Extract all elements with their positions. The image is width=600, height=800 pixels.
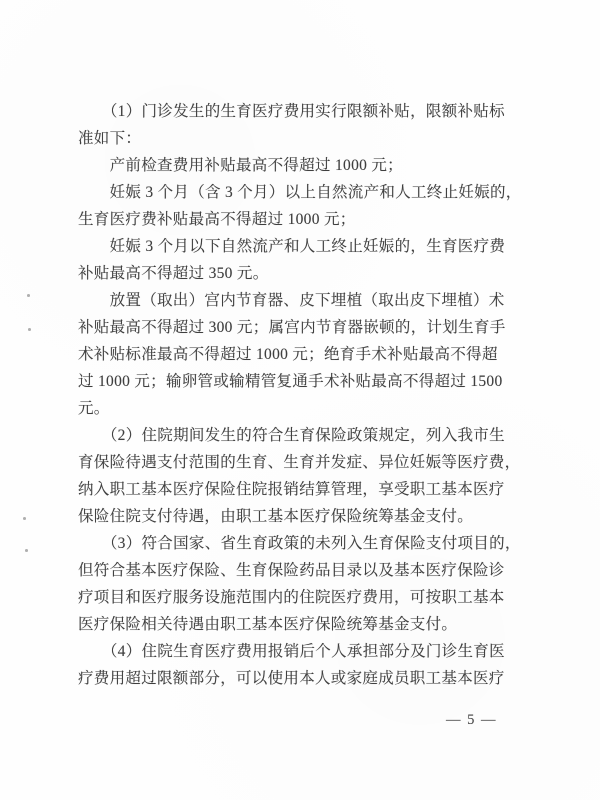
scan-speck [27,294,30,297]
text-line: 放置（取出）宫内节育器、皮下埋植（取出皮下埋植）术 [78,287,528,314]
text-line: （2）住院期间发生的符合生育保险政策规定，列入我市生 [78,422,528,449]
text-line: （4）住院生育医疗费用报销后个人承担部分及门诊生育医 [78,638,528,665]
text-line: 补贴最高不得超过 300 元；属宫内节育器嵌顿的，计划生育手 [78,314,528,341]
text-line: （1）门诊发生的生育医疗费用实行限额补贴，限额补贴标 [78,98,528,125]
scan-speck [25,549,28,552]
document-page: （1）门诊发生的生育医疗费用实行限额补贴，限额补贴标准如下： 产前检查费用补贴最… [0,0,600,800]
document-body: （1）门诊发生的生育医疗费用实行限额补贴，限额补贴标准如下： 产前检查费用补贴最… [78,98,528,692]
text-line: 过 1000 元；输卵管或输精管复通手术补贴最高不得超过 1500 [78,368,528,395]
text-line: 准如下： [78,125,528,152]
text-line: 疗费用超过限额部分，可以使用本人或家庭成员职工基本医疗 [78,665,528,692]
text-line: 术补贴标准最高不得超过 1000 元；绝育手术补贴最高不得超 [78,341,528,368]
text-line: 疗项目和医疗服务设施范围内的住院医疗费用，可按职工基本 [78,584,528,611]
text-line: 保险住院支付待遇，由职工基本医疗保险统筹基金支付。 [78,503,528,530]
page-number: — 5 — [446,712,497,729]
text-line: 产前检查费用补贴最高不得超过 1000 元； [78,152,528,179]
text-line: 妊娠 3 个月以下自然流产和人工终止妊娠的，生育医疗费 [78,233,528,260]
text-line: （3）符合国家、省生育政策的未列入生育保险支付项目的， [78,530,528,557]
text-line: 但符合基本医疗保险、生育保险药品目录以及基本医疗保险诊 [78,557,528,584]
scan-speck [28,328,31,331]
text-line: 妊娠 3 个月（含 3 个月）以上自然流产和人工终止妊娠的， [78,179,528,206]
text-line: 元。 [78,395,528,422]
scan-speck [23,517,26,520]
text-line: 生育医疗费补贴最高不得超过 1000 元； [78,206,528,233]
text-line: 育保险待遇支付范围的生育、生育并发症、异位妊娠等医疗费， [78,449,528,476]
text-line: 纳入职工基本医疗保险住院报销结算管理，享受职工基本医疗 [78,476,528,503]
text-line: 医疗保险相关待遇由职工基本医疗保险统筹基金支付。 [78,611,528,638]
text-line: 补贴最高不得超过 350 元。 [78,260,528,287]
